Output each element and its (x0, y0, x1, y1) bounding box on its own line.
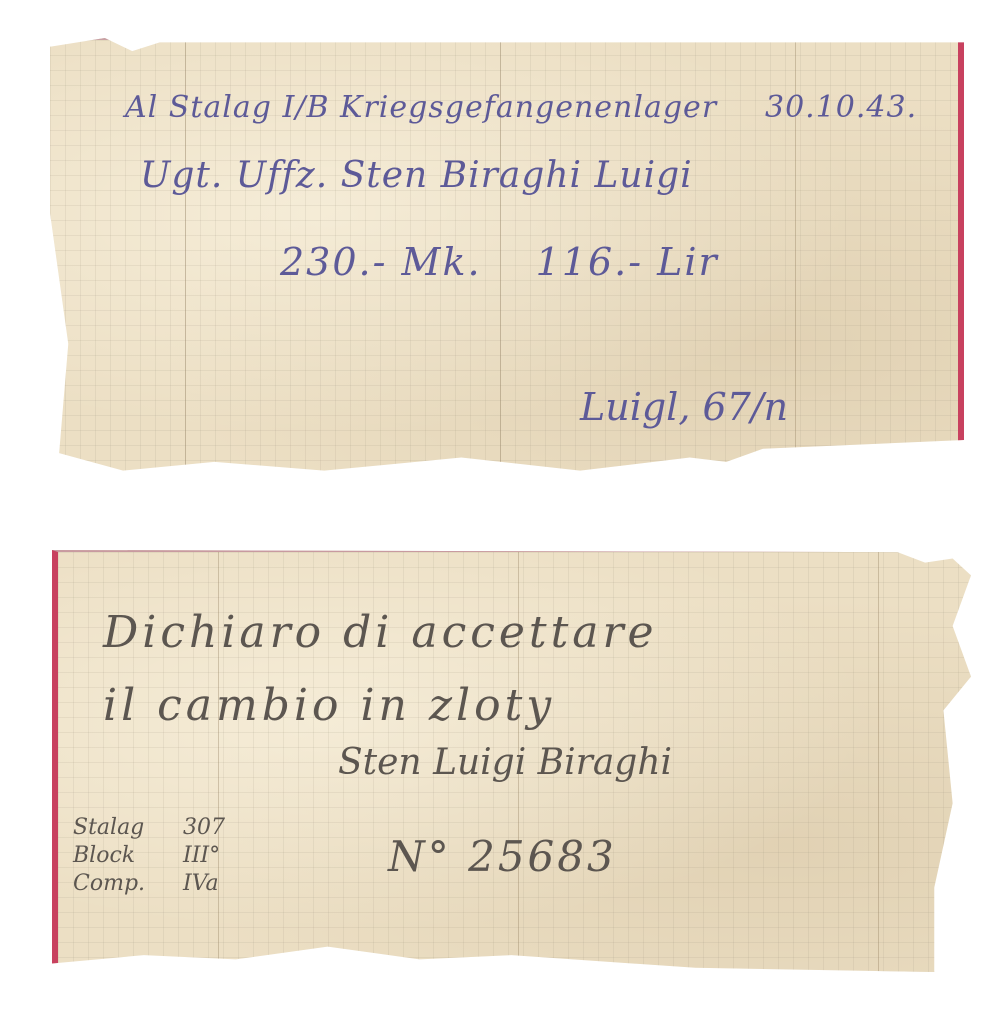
amount-line: 230.- Mk. 116.- Lir (280, 240, 719, 284)
amount-lire: 116.- Lir (536, 240, 719, 284)
amount-marks: 230.- Mk. (280, 240, 482, 284)
prisoner-number: N° 25683 (388, 832, 617, 881)
receipt-slip-front: Al Stalag I/B Kriegsgefangenenlager 30.1… (50, 38, 964, 475)
signature: Luigl, 67/n (580, 385, 788, 429)
header-line: Al Stalag I/B Kriegsgefangenenlager 30.1… (125, 90, 717, 125)
camp-info-row: Block III° (73, 842, 225, 870)
declaration-line-2: il cambio in zloty (103, 680, 555, 731)
signature: Sten Luigi Biraghi (338, 742, 672, 783)
camp-info-row: Comp. IVa (73, 870, 225, 898)
camp-info: Stalag 307 Block III° Comp. IVa (73, 814, 225, 898)
declaration-line-1: Dichiaro di accettare (103, 607, 658, 658)
camp-info-row: Stalag 307 (73, 814, 225, 842)
receipt-slip-back: Dichiaro di accettare il cambio in zloty… (52, 550, 971, 972)
camp-line: Al Stalag I/B Kriegsgefangenenlager (125, 90, 717, 125)
rank-name-line: Ugt. Uffz. Sten Biraghi Luigi (140, 155, 693, 196)
date: 30.10.43. (765, 90, 917, 125)
fold-line (878, 552, 879, 972)
